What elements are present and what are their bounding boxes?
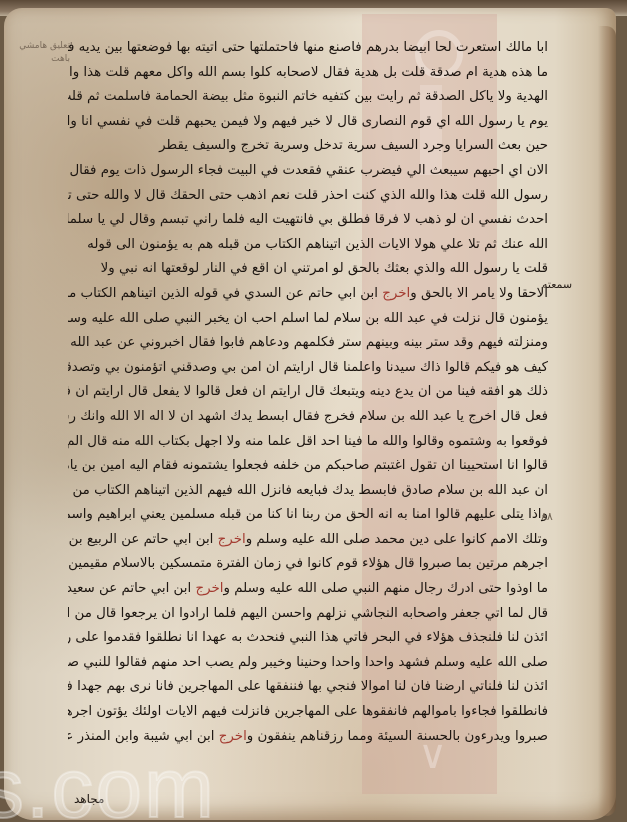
text-line: فانطلقوا فجاءوا باموالهم فانفقوها على ال…: [68, 700, 548, 725]
text-line: ذلك هو افقه فينا من ان يدع دينه ويتبعك ق…: [68, 380, 548, 405]
text-line: يوم يا رسول الله اي قوم النصارى قال لا خ…: [68, 110, 548, 135]
text-line: ائذن لنا فلناتي ارضنا فان لنا اموالا فنج…: [68, 675, 548, 700]
watermark-text: s.com: [0, 746, 216, 822]
text-line: قالوا انا استحيينا ان تقول اغتبتم صاحبكم…: [68, 454, 548, 479]
text-line: ان عبد الله بن سلام صادق فابسط يدك فبايع…: [68, 479, 548, 504]
text-line: ابا مالك استعرت لحا ابيضا بدرهم فاصنع من…: [68, 36, 548, 61]
page-fold-shadow: [598, 26, 616, 816]
text-line: فعل قال اخرج يا عبد الله بن سلام فخرج فق…: [68, 405, 548, 430]
text-line: واذا يتلى عليهم قالوا امنا به انه الحق م…: [68, 503, 548, 528]
rubric-word: اخرج: [219, 729, 247, 744]
text-line: الهدية ولا ياكل الصدقة ثم رايت بين كتفيه…: [68, 85, 548, 110]
text-line: احدث نفسي ان لو ذهب لا فرقا فطلق بي فانت…: [68, 208, 548, 233]
text-line: الاحقا ولا يامر الا بالحق واخرج ابن ابي …: [68, 282, 548, 307]
text-line: اجرهم مرتين بما صبروا قال هؤلاء قوم كانو…: [68, 552, 548, 577]
text-line: الان اي احبهم سيبعث الي فيضرب عنقي فقعدت…: [68, 159, 548, 184]
text-line: كيف هو فيكم قالوا ذاك سيدنا واعلمنا قال …: [68, 356, 548, 381]
text-line: فوقعوا به وشتموه وقالوا والله ما فينا اح…: [68, 430, 548, 455]
text-line: الله عنك ثم تلا علي هولا الايات الذين ات…: [68, 233, 548, 258]
text-line: يؤمنون قال نزلت في عبد الله بن سلام لما …: [68, 307, 548, 332]
text-line: حين بعث السرايا وجرد السيف سرية تدخل وسر…: [68, 134, 548, 159]
text-line: ائذن لنا فلنجذف هؤلاء في البحر فاتي هذا …: [68, 626, 548, 651]
text-line: وتلك الامم كانوا على دين محمد صلى الله ع…: [68, 528, 548, 553]
manuscript-text-body: ابا مالك استعرت لحا ابيضا بدرهم فاصنع من…: [68, 36, 548, 749]
margin-mark: ٨٨: [541, 510, 553, 523]
rubric-word: اخرج: [218, 532, 246, 547]
text-line: ما هذه هدية ام صدقة قلت بل هدية فقال لاص…: [68, 61, 548, 86]
text-line: صلى الله عليه وسلم فشهد واحدا واحدا وحني…: [68, 651, 548, 676]
rubric-word: اخرج: [195, 581, 223, 596]
margin-note: سمعته: [542, 278, 572, 291]
faded-margin-gloss: تعليق هامشي باهت: [14, 40, 70, 66]
text-line: رسول الله قلت هذا والله الذي كنت احذر قل…: [68, 184, 548, 209]
text-line: ومنزلته فيهم وقد ستر بينه وبينهم ستر فكل…: [68, 331, 548, 356]
text-line: قال لما اتي جعفر واصحابه النجاشي نزلهم و…: [68, 602, 548, 627]
text-line: قلت يا رسول الله والذي بعثك بالحق لو امر…: [68, 257, 548, 282]
text-line: ما اوذوا حتى ادرك رجال منهم النبي صلى ال…: [68, 577, 548, 602]
rubric-word: اخرج: [382, 286, 410, 301]
